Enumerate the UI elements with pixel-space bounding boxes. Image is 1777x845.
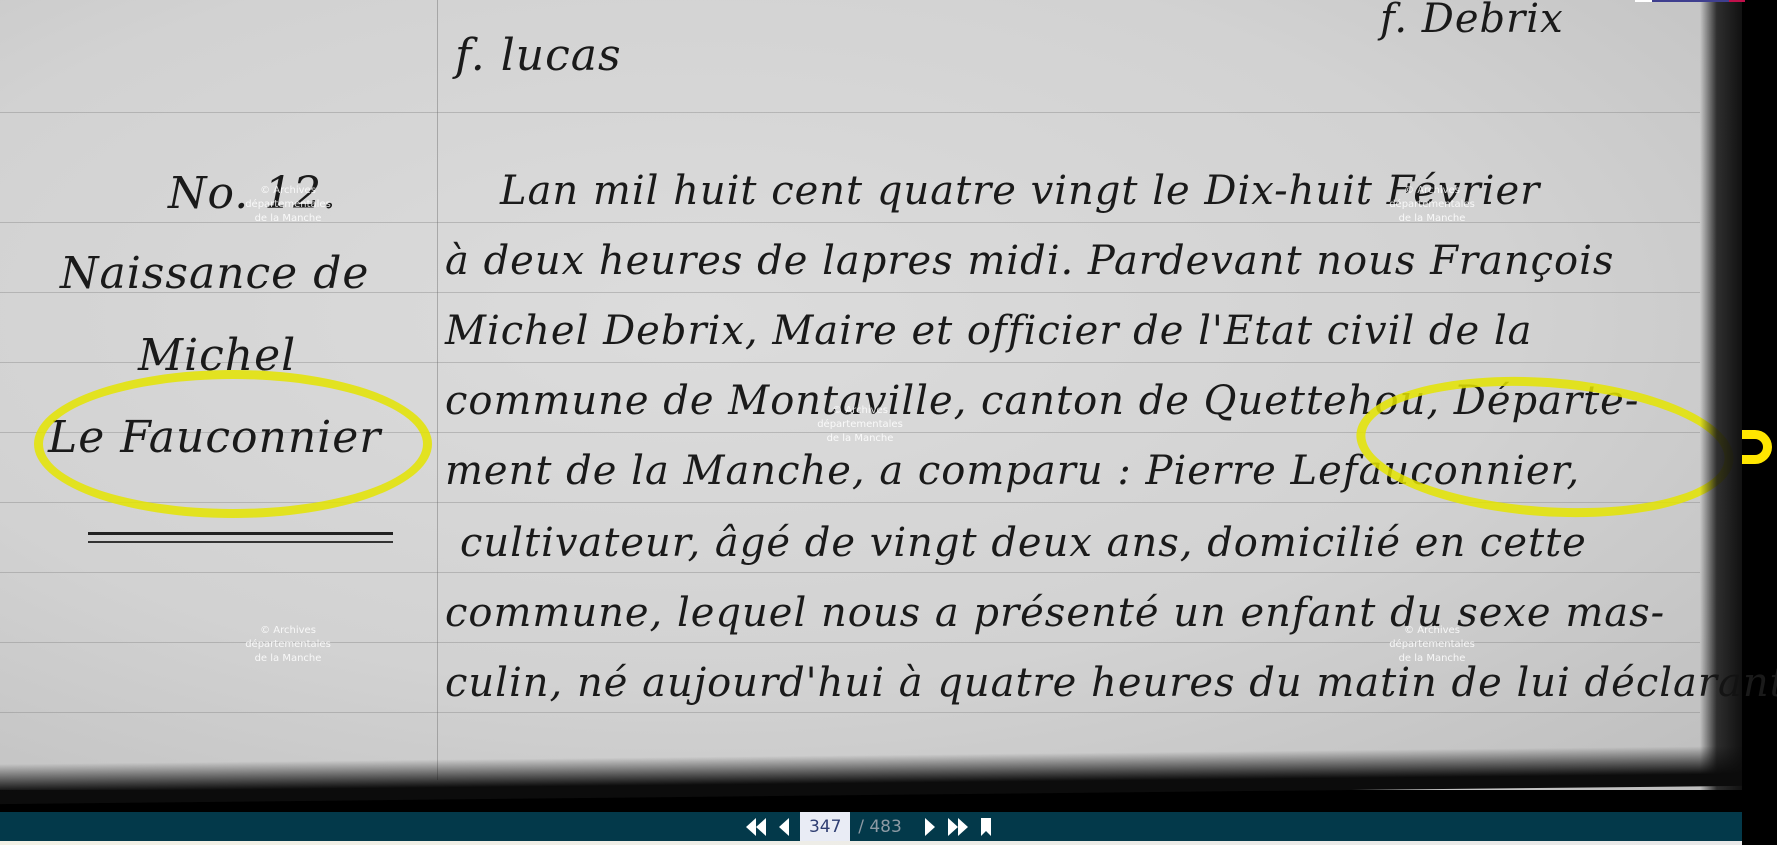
margin-double-rule	[88, 532, 393, 543]
watermark: © Archivesdépartementalesde la Manche	[1372, 624, 1492, 666]
ruled-line	[0, 712, 1700, 713]
watermark: © Archivesdépartementalesde la Manche	[800, 404, 920, 446]
body-line-6: cultivateur, âgé de vingt deux ans, domi…	[460, 520, 1587, 566]
ruled-line	[0, 572, 1700, 573]
bookmark-button[interactable]	[972, 812, 1000, 841]
previous-page-button[interactable]	[770, 812, 798, 841]
double-chevron-right-icon	[947, 818, 969, 836]
next-page-button[interactable]	[916, 812, 944, 841]
body-line-8: culin, né aujourd'hui à quatre heures du…	[445, 660, 1777, 706]
watermark: © Archivesdépartementalesde la Manche	[1372, 184, 1492, 226]
ruled-line	[0, 112, 1700, 113]
highlight-margin-name	[34, 370, 432, 518]
bottom-strip	[0, 841, 1742, 845]
last-page-button[interactable]	[944, 812, 972, 841]
page-number-input[interactable]	[800, 812, 850, 841]
highlight-father-name	[1352, 365, 1739, 529]
previous-act-signature: f. lucas	[455, 30, 622, 81]
page-edge-shadow	[1700, 0, 1742, 790]
body-line-2: à deux heures de lapres midi. Pardevant …	[445, 238, 1614, 284]
page-total: / 483	[858, 817, 902, 837]
mayor-signature: f. Debrix	[1380, 0, 1564, 42]
double-chevron-left-icon	[745, 818, 767, 836]
first-page-button[interactable]	[742, 812, 770, 841]
register-page-scan[interactable]: f. lucas f. Debrix No. 12. Naissance de …	[0, 0, 1742, 790]
bookmark-icon	[980, 818, 992, 836]
highlight-overflow-mark	[1742, 430, 1772, 464]
triangle-right-icon	[924, 818, 936, 836]
margin-title-line1: Naissance de	[60, 248, 369, 299]
watermark: © Archivesdépartementalesde la Manche	[228, 624, 348, 666]
watermark: © Archivesdépartementalesde la Manche	[228, 184, 348, 226]
pagination-toolbar: / 483	[0, 812, 1742, 841]
top-color-strip	[1635, 0, 1745, 2]
triangle-left-icon	[778, 818, 790, 836]
body-line-3: Michel Debrix, Maire et officier de l'Et…	[445, 308, 1533, 354]
viewer-edge	[1742, 812, 1777, 845]
margin-rule	[437, 0, 438, 780]
image-viewer[interactable]: f. lucas f. Debrix No. 12. Naissance de …	[0, 0, 1777, 812]
